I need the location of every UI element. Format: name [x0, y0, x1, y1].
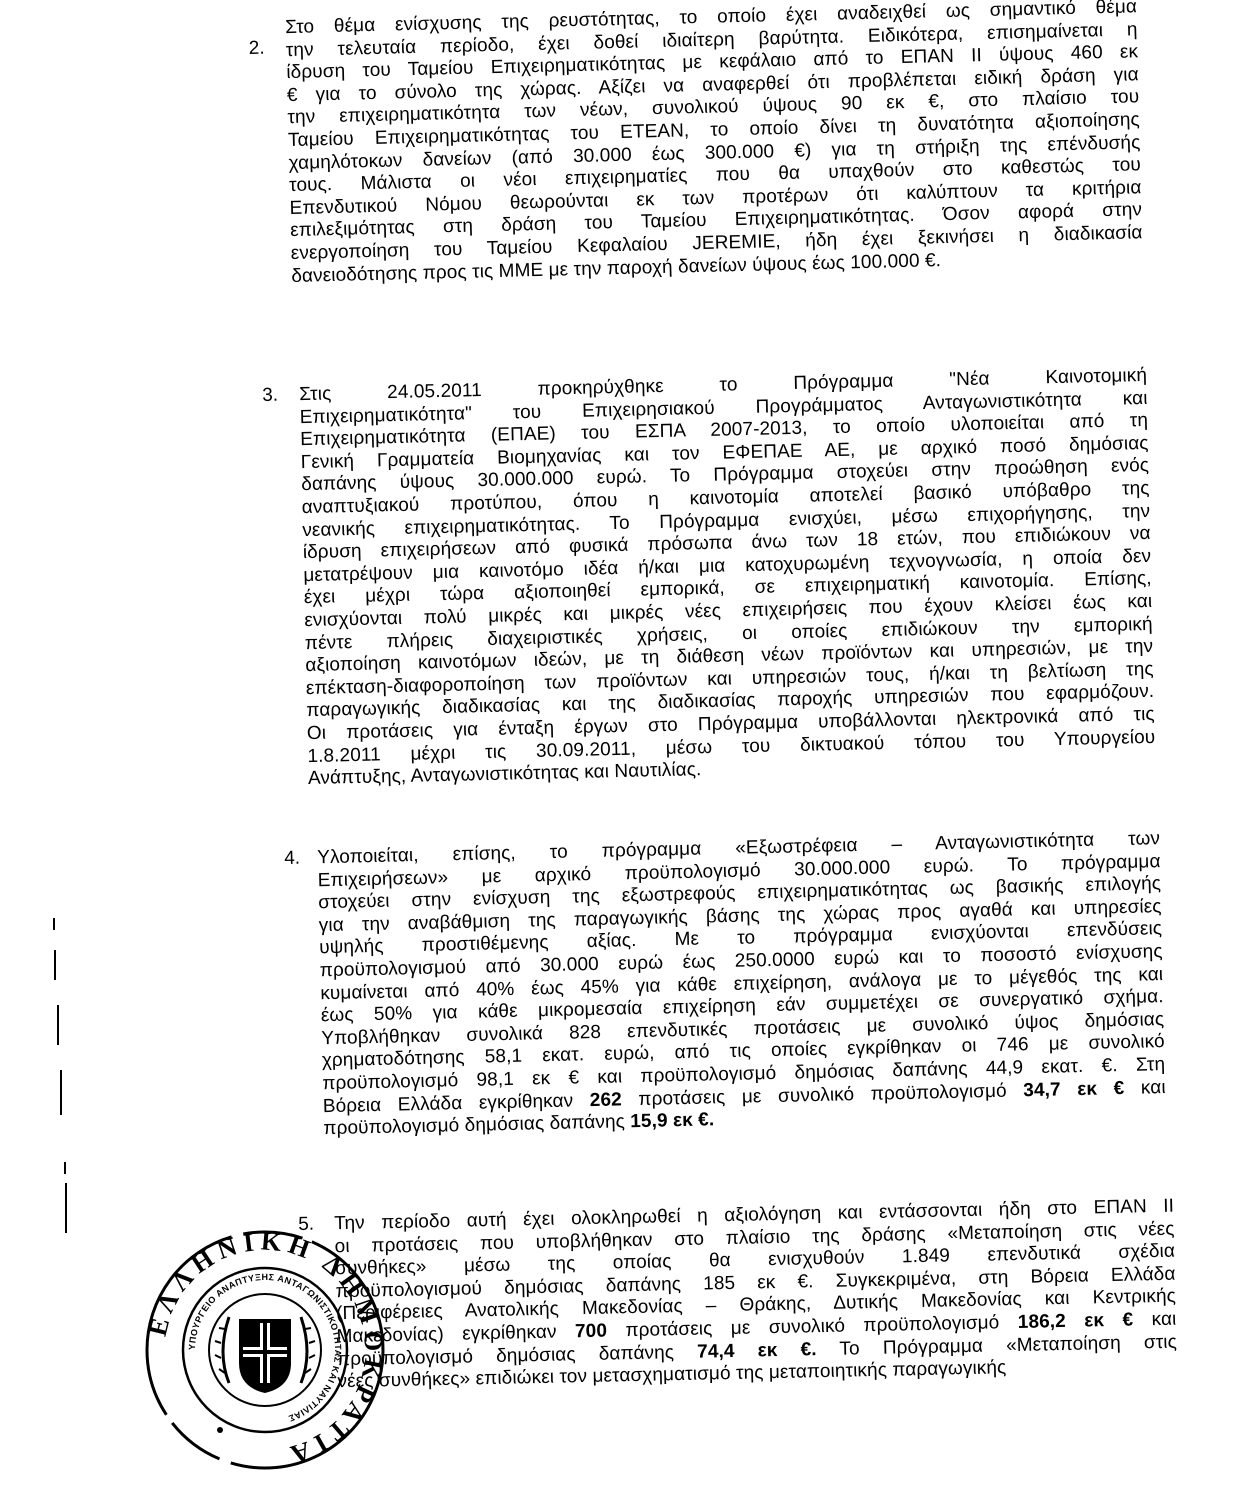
margin-scan-mark [64, 1162, 66, 1174]
greek-coat-of-arms-seal-icon: ΕΛΛΗΝΙΚΗ ΔΗΜΟΚΡΑΤΙΑ ΥΠΟΥΡΓΕΙΟ ΑΝΑΠΤΥΞΗΣ … [140, 1225, 390, 1475]
item-number: 4. [284, 848, 300, 870]
scanned-document-page: 2. Στο θέμα ενίσχυσης της ρευστότητας, τ… [0, 0, 1245, 1490]
item-number: 3. [262, 385, 278, 407]
margin-scan-mark [65, 1183, 67, 1233]
margin-scan-mark [54, 950, 56, 980]
margin-scan-mark [53, 918, 55, 930]
item-number: 2. [248, 38, 264, 60]
official-stamp: ΕΛΛΗΝΙΚΗ ΔΗΜΟΚΡΑΤΙΑ ΥΠΟΥΡΓΕΙΟ ΑΝΑΠΤΥΞΗΣ … [140, 1225, 390, 1475]
margin-scan-mark [57, 1005, 59, 1045]
margin-scan-mark [60, 1070, 62, 1115]
